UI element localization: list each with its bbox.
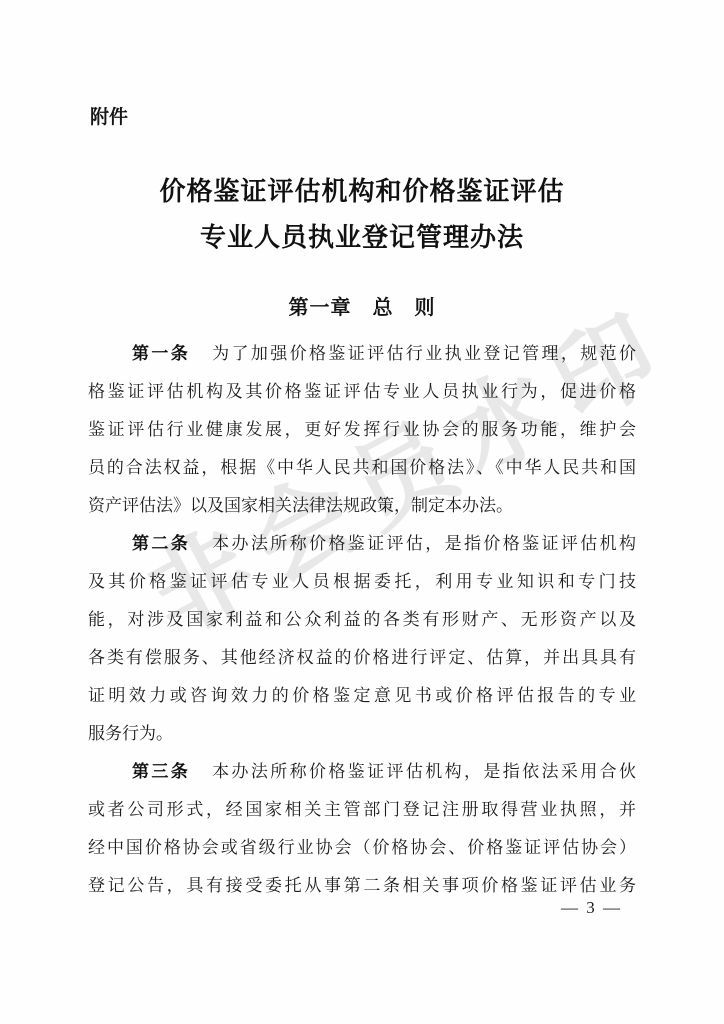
article-1-line-3: 鉴证评估行业健康发展，更好发挥行业协会的服务功能，维护会 — [88, 411, 636, 449]
page-number: — 3 — — [561, 898, 622, 918]
article-2-label: 第二条 — [132, 534, 190, 553]
article-1-line-2: 格鉴证评估机构及其价格鉴证评估专业人员执业行为，促进价格 — [88, 373, 636, 411]
document-title-line2: 专业人员执业登记管理办法 — [0, 215, 724, 261]
article-1-text: 为了加强价格鉴证评估行业执业登记管理，规范价 — [212, 344, 636, 363]
document-page: 非会员水印 附件 价格鉴证评估机构和价格鉴证评估 专业人员执业登记管理办法 第一… — [0, 0, 724, 1024]
article-1-line-5: 资产评估法》以及国家相关法律法规政策，制定本办法。 — [88, 487, 636, 525]
attachment-label: 附件 — [90, 102, 128, 129]
article-3-line-3: 经中国价格协会或省级行业协会（价格协会、价格鉴证评估协会） — [88, 829, 636, 867]
article-3-text: 本办法所称价格鉴证评估机构，是指依法采用合伙 — [212, 762, 636, 781]
article-3-line-2: 或者公司形式，经国家相关主管部门登记注册取得营业执照，并 — [88, 791, 636, 829]
document-body: 第一条为了加强价格鉴证评估行业执业登记管理，规范价 格鉴证评估机构及其价格鉴证评… — [88, 335, 636, 905]
document-title-line1: 价格鉴证评估机构和价格鉴证评估 — [0, 169, 724, 215]
document-title: 价格鉴证评估机构和价格鉴证评估 专业人员执业登记管理办法 — [0, 169, 724, 261]
article-2-text: 本办法所称价格鉴证评估，是指价格鉴证评估机构 — [212, 534, 636, 553]
article-1-line-4: 员的合法权益，根据《中华人民共和国价格法》、《中华人民共和国 — [88, 449, 636, 487]
article-1-line-1: 第一条为了加强价格鉴证评估行业执业登记管理，规范价 — [88, 335, 636, 373]
article-3-label: 第三条 — [132, 762, 190, 781]
article-2-line-3: 能，对涉及国家利益和公众利益的各类有形财产、无形资产以及 — [88, 601, 636, 639]
chapter-heading: 第一章 总 则 — [0, 291, 724, 320]
article-2-line-2: 及其价格鉴证评估专业人员根据委托，利用专业知识和专门技 — [88, 563, 636, 601]
article-3-line-1: 第三条本办法所称价格鉴证评估机构，是指依法采用合伙 — [88, 753, 636, 791]
article-3-line-4: 登记公告，具有接受委托从事第二条相关事项价格鉴证评估业务 — [88, 867, 636, 905]
article-2-line-1: 第二条本办法所称价格鉴证评估，是指价格鉴证评估机构 — [88, 525, 636, 563]
article-2-line-4: 各类有偿服务、其他经济权益的价格进行评定、估算，并出具具有 — [88, 639, 636, 677]
article-1-label: 第一条 — [132, 344, 190, 363]
article-2-line-5: 证明效力或咨询效力的价格鉴定意见书或价格评估报告的专业 — [88, 677, 636, 715]
article-2-line-6: 服务行为。 — [88, 715, 636, 753]
